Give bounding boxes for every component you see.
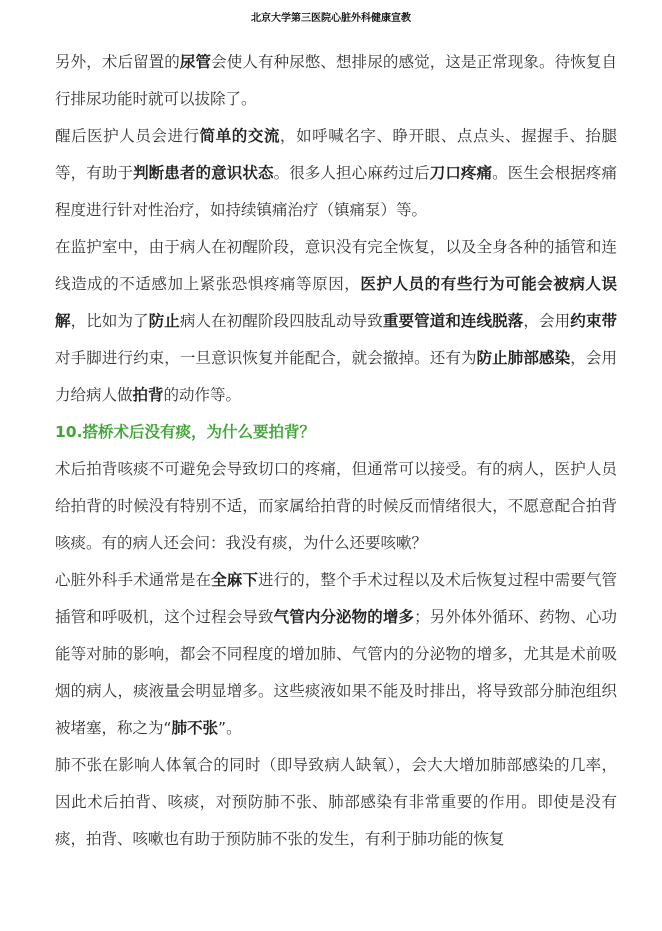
emphasis-text: 重要管道和连线脱落 <box>383 312 524 330</box>
paragraph: 心脏外科手术通常是在全麻下进行的，整个手术过程以及术后恢复过程中需要气管插管和呼… <box>55 562 617 747</box>
paragraph-text: 醒后医护人员会进行 <box>55 127 200 145</box>
paragraph: 醒后医护人员会进行简单的交流，如呼喊名字、睁开眼、点点头、握握手、抬腿等，有助于… <box>55 118 617 229</box>
paragraph: 在监护室中，由于病人在初醒阶段，意识没有完全恢复，以及全身各种的插管和连线造成的… <box>55 229 617 414</box>
document-header: 北京大学第三医院心脏外科健康宣教 <box>0 9 662 24</box>
paragraph-text: 心脏外科手术通常是在 <box>55 571 211 589</box>
paragraph-group-1: 另外，术后留置的尿管会使人有种尿憋、想排尿的感觉，这是正常现象。待恢复自行排尿功… <box>55 44 617 414</box>
document-body: 另外，术后留置的尿管会使人有种尿憋、想排尿的感觉，这是正常现象。待恢复自行排尿功… <box>55 44 617 858</box>
paragraph: 术后拍背咳痰不可避免会导致切口的疼痛，但通常可以接受。有的病人，医护人员给拍背的… <box>55 451 617 562</box>
emphasis-text: 简单的交流 <box>200 127 280 145</box>
paragraph-text: 术后拍背咳痰不可避免会导致切口的疼痛，但通常可以接受。有的病人，医护人员给拍背的… <box>55 460 617 552</box>
paragraph-text: 另外，术后留置的 <box>55 53 180 71</box>
emphasis-text: 刀口疼痛 <box>430 164 492 182</box>
section-heading: 10.搭桥术后没有痰，为什么要拍背？ <box>55 414 617 451</box>
emphasis-text: 防止肺部感染 <box>477 349 571 367</box>
paragraph: 肺不张在影响人体氧合的同时（即导致病人缺氧），会大大增加肺部感染的几率，因此术后… <box>55 747 617 858</box>
emphasis-text: 全麻下 <box>211 571 258 589</box>
paragraph-text: ”。 <box>218 719 242 737</box>
emphasis-text: 肺不张 <box>172 719 219 737</box>
paragraph: 另外，术后留置的尿管会使人有种尿憋、想排尿的感觉，这是正常现象。待恢复自行排尿功… <box>55 44 617 118</box>
paragraph-text: 的动作等。 <box>164 386 242 404</box>
paragraph-text: 病人在初醒阶段四肢乱动导致 <box>180 312 383 330</box>
emphasis-text: 约束带 <box>570 312 617 330</box>
emphasis-text: 判断患者的意识状态 <box>133 164 274 182</box>
emphasis-text: 拍背 <box>133 386 164 404</box>
emphasis-text: 防止 <box>149 312 180 330</box>
paragraph-text: 对手脚进行约束，一旦意识恢复并能配合，就会撤掉。还有为 <box>55 349 477 367</box>
paragraph-text: ，比如为了 <box>71 312 149 330</box>
emphasis-text: 尿管 <box>180 53 211 71</box>
paragraph-text: 肺不张在影响人体氧合的同时（即导致病人缺氧），会大大增加肺部感染的几率，因此术后… <box>55 756 617 848</box>
paragraph-text: ，会用 <box>523 312 570 330</box>
paragraph-text: ；另外体外循环、药物、心功能等对肺的影响，都会不同程度的增加肺、气管内的分泌物的… <box>55 608 617 737</box>
paragraph-group-2: 术后拍背咳痰不可避免会导致切口的疼痛，但通常可以接受。有的病人，医护人员给拍背的… <box>55 451 617 858</box>
emphasis-text: 气管内分泌物的增多 <box>274 608 415 626</box>
paragraph-text: 。很多人担心麻药过后 <box>274 164 430 182</box>
